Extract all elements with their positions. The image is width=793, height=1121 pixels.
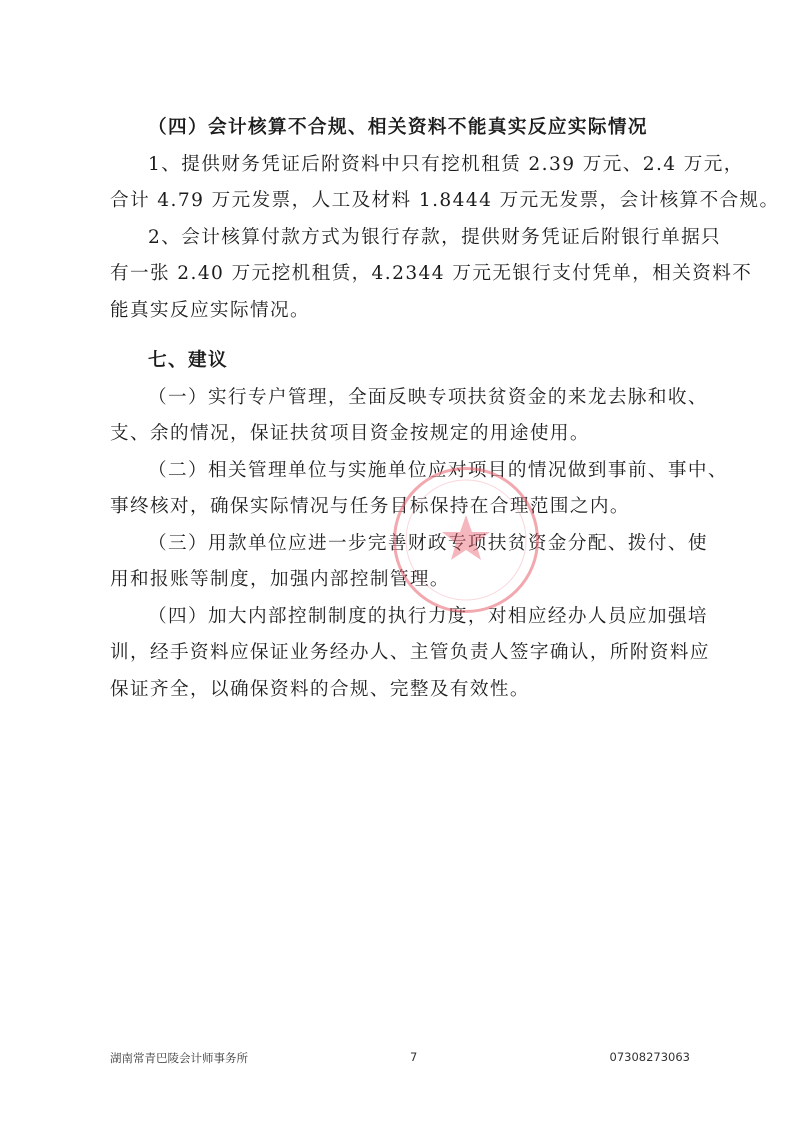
footer-firm-name: 湖南常青巴陵会计师事务所 — [110, 1050, 248, 1066]
footer-page-number: 7 — [410, 1050, 417, 1064]
paragraph-line: 事终核对，确保实际情况与任务目标保持在合理范围之内。 — [110, 489, 676, 526]
paragraph-line: 2、会计核算付款方式为银行存款，提供财务凭证后附银行单据只 — [110, 220, 676, 257]
paragraph-line: 训，经手资料应保证业务经办人、主管负责人签字确认，所附资料应 — [110, 635, 676, 672]
paragraph-line: （一）实行专户管理，全面反映专项扶贫资金的来龙去脉和收、 — [110, 380, 676, 417]
paragraph-line: （二）相关管理单位与实施单位应对项目的情况做到事前、事中、 — [110, 453, 676, 490]
section-heading: （四）会计核算不合规、相关资料不能真实反应实际情况 — [110, 110, 676, 147]
footer-phone: 07308273063 — [610, 1050, 690, 1064]
paragraph-line: 保证齐全，以确保资料的合规、完整及有效性。 — [110, 672, 676, 709]
page-footer: 湖南常青巴陵会计师事务所 7 07308273063 — [110, 1050, 690, 1066]
paragraph-line: 用和报账等制度，加强内部控制管理。 — [110, 562, 676, 599]
paragraph-line: （四）加大内部控制制度的执行力度，对相应经办人员应加强培 — [110, 599, 676, 636]
paragraph-line: 支、余的情况，保证扶贫项目资金按规定的用途使用。 — [110, 416, 676, 453]
paragraph-line: （三）用款单位应进一步完善财政专项扶贫资金分配、拨付、使 — [110, 526, 676, 563]
paragraph-line: 有一张 2.40 万元挖机租赁，4.2344 万元无银行支付凭单，相关资料不 — [110, 256, 676, 293]
section-heading: 七、建议 — [110, 343, 676, 380]
document-body: （四）会计核算不合规、相关资料不能真实反应实际情况 1、提供财务凭证后附资料中只… — [110, 110, 676, 708]
paragraph-line: 合计 4.79 万元发票，人工及材料 1.8444 万元无发票，会计核算不合规。 — [110, 183, 676, 220]
document-page: （四）会计核算不合规、相关资料不能真实反应实际情况 1、提供财务凭证后附资料中只… — [0, 0, 793, 1121]
paragraph-line: 1、提供财务凭证后附资料中只有挖机租赁 2.39 万元、2.4 万元， — [110, 147, 676, 184]
paragraph-line: 能真实反应实际情况。 — [110, 293, 676, 330]
